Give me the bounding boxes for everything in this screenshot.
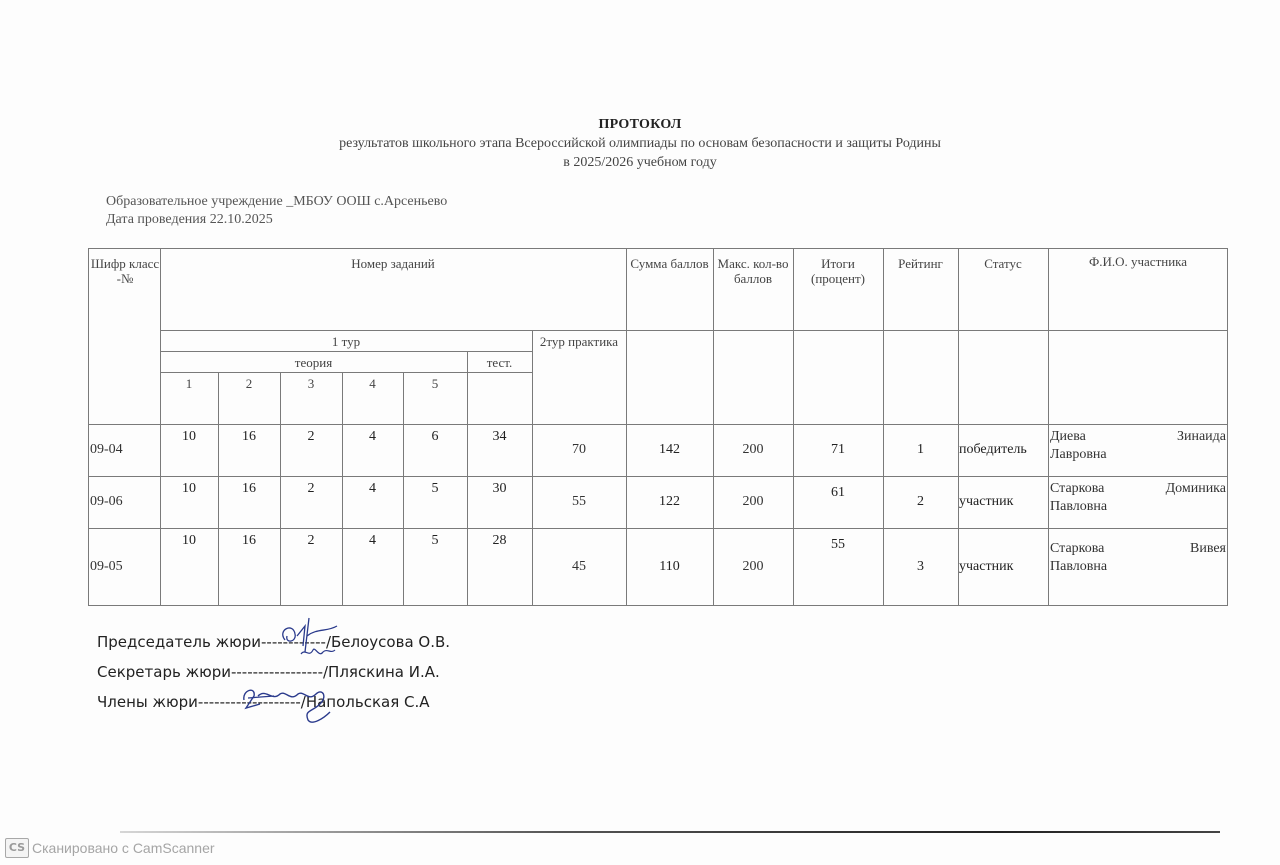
header-status: Статус [958, 256, 1048, 271]
total-score: 142 [626, 442, 713, 457]
member-handwritten-signature [238, 682, 348, 727]
result-percent: 55 [793, 537, 883, 552]
max-score: 200 [713, 494, 793, 509]
institution-line: Образовательное учреждение _МБОУ ООШ с.А… [106, 194, 447, 210]
task-number-3: 3 [280, 376, 342, 391]
task-number-1: 1 [160, 376, 218, 391]
header-round-2: 2тур практика [532, 334, 626, 349]
task-score-1: 10 [160, 481, 218, 496]
document-title: ПРОТОКОЛ [0, 117, 1280, 133]
rating: 3 [883, 559, 958, 574]
header-round-1: 1 тур [160, 334, 532, 349]
task-score-2: 16 [218, 533, 280, 548]
header-task-numbers: Номер заданий [160, 256, 626, 271]
status: участник [959, 559, 1049, 574]
task-score-1: 10 [160, 533, 218, 548]
header-fio: Ф.И.О. участника [1048, 254, 1228, 269]
task-score-3: 2 [280, 533, 342, 548]
participant-first-name: Зинаида [1138, 429, 1226, 444]
camscanner-logo-icon: CS [5, 838, 29, 858]
total-score: 110 [626, 559, 713, 574]
status: победитель [959, 442, 1049, 457]
task-score-1: 10 [160, 429, 218, 444]
task-number-5: 5 [403, 376, 467, 391]
test-score: 30 [467, 481, 532, 496]
practice-score: 70 [532, 442, 626, 457]
jury-secretary-signature-line: Секретарь жюри-----------------/Пляскина… [97, 663, 440, 681]
test-score: 34 [467, 429, 532, 444]
page-bottom-edge [120, 831, 1220, 833]
max-score: 200 [713, 442, 793, 457]
participant-code: 09-04 [90, 442, 160, 457]
participant-patronymic: Павловна [1050, 499, 1226, 514]
status: участник [959, 494, 1049, 509]
rating: 1 [883, 442, 958, 457]
header-code: Шифр класс -№ [90, 256, 160, 286]
practice-score: 55 [532, 494, 626, 509]
participant-first-name: Доминика [1138, 481, 1226, 496]
camscanner-watermark: Сканировано с CamScanner [32, 840, 215, 856]
task-score-2: 16 [218, 481, 280, 496]
task-score-2: 16 [218, 429, 280, 444]
task-score-5: 5 [403, 533, 467, 548]
task-score-4: 4 [342, 533, 403, 548]
header-test: тест. [467, 355, 532, 370]
participant-first-name: Вивея [1138, 541, 1226, 556]
task-score-4: 4 [342, 481, 403, 496]
task-score-3: 2 [280, 481, 342, 496]
result-percent: 61 [793, 485, 883, 500]
participant-patronymic: Павловна [1050, 559, 1226, 574]
scanned-protocol-page: ПРОТОКОЛ результатов школьного этапа Все… [0, 0, 1280, 865]
participant-surname: Старкова [1050, 541, 1130, 556]
document-subtitle: результатов школьного этапа Всероссийско… [0, 136, 1280, 152]
results-table: Шифр класс -№ Номер заданий Сумма баллов… [88, 248, 1228, 606]
total-score: 122 [626, 494, 713, 509]
academic-year: в 2025/2026 учебном году [0, 155, 1280, 171]
rating: 2 [883, 494, 958, 509]
task-score-4: 4 [342, 429, 403, 444]
max-score: 200 [713, 559, 793, 574]
header-theory: теория [160, 355, 467, 370]
task-number-4: 4 [342, 376, 403, 391]
task-number-2: 2 [218, 376, 280, 391]
task-score-3: 2 [280, 429, 342, 444]
header-result: Итоги (процент) [793, 256, 883, 286]
task-score-5: 5 [403, 481, 467, 496]
header-sum: Сумма баллов [626, 256, 713, 271]
participant-code: 09-06 [90, 494, 160, 509]
participant-code: 09-05 [90, 559, 160, 574]
result-percent: 71 [793, 442, 883, 457]
header-max: Макс. кол-во баллов [713, 256, 793, 286]
jury-chair-signature-line: Председатель жюри------------/Белоусова … [97, 633, 450, 651]
participant-surname: Старкова [1050, 481, 1130, 496]
test-score: 28 [467, 533, 532, 548]
chair-handwritten-signature [275, 612, 355, 672]
participant-patronymic: Лавровна [1050, 447, 1226, 462]
participant-surname: Диева [1050, 429, 1130, 444]
date-line: Дата проведения 22.10.2025 [106, 212, 273, 228]
task-score-5: 6 [403, 429, 467, 444]
practice-score: 45 [532, 559, 626, 574]
header-rating: Рейтинг [883, 256, 958, 271]
